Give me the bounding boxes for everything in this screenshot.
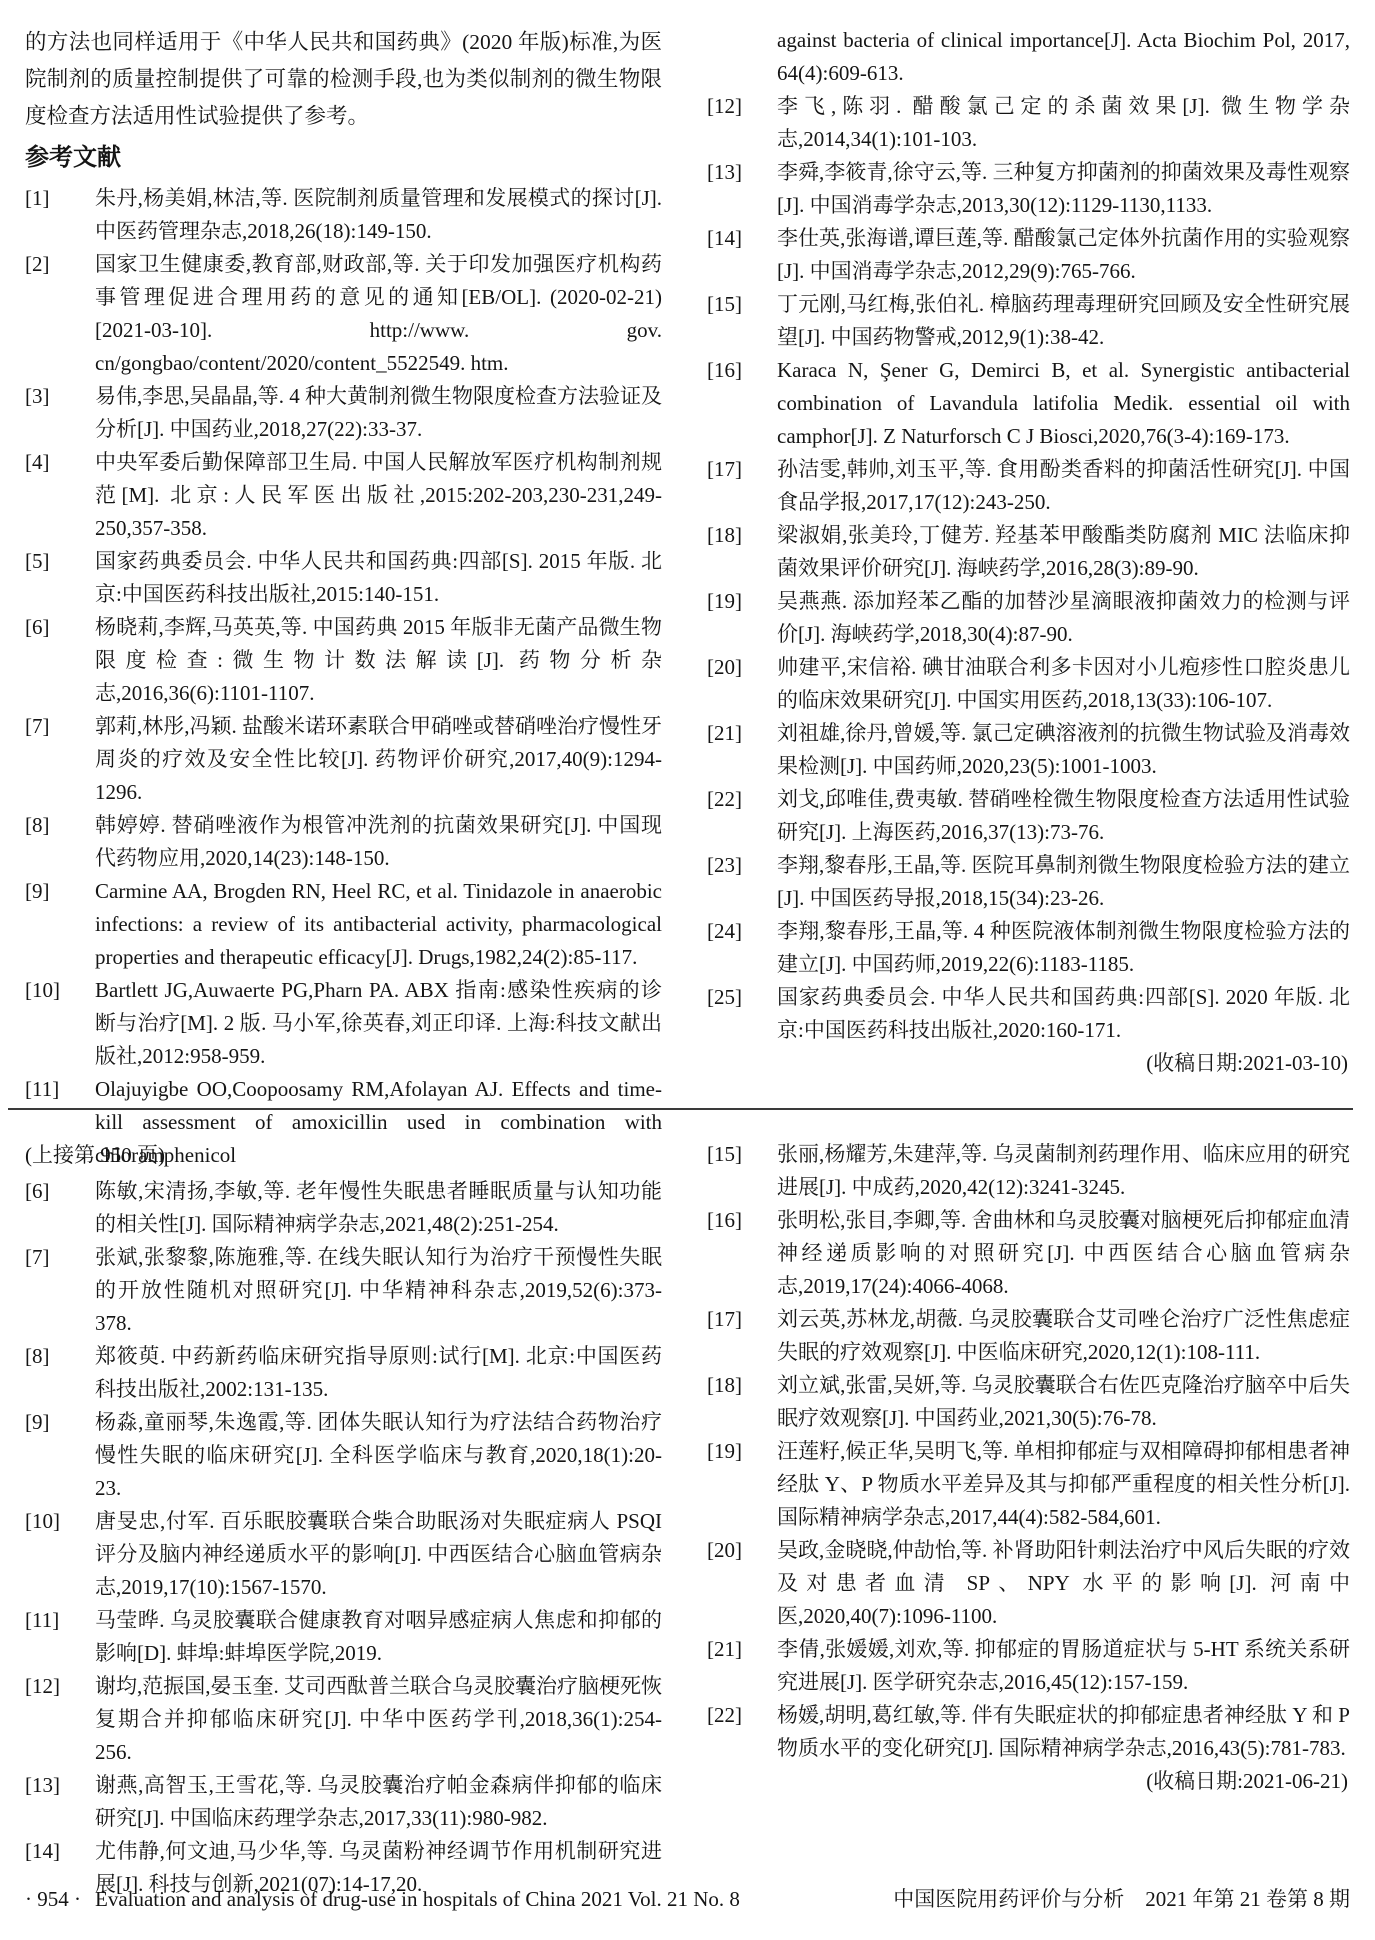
reference-item: [13]李舜,李筱青,徐守云,等. 三种复方抑菌剂的抑菌效果及毒性观察[J]. …	[707, 156, 1350, 222]
reference-text: 刘云英,苏林龙,胡薇. 乌灵胶囊联合艾司唑仑治疗广泛性焦虑症失眠的疗效观察[J]…	[777, 1303, 1350, 1369]
continued-left-column: (上接第 950 页) [6]陈敏,宋清扬,李敏,等. 老年慢性失眠患者睡眠质量…	[25, 1138, 662, 1901]
reference-item: [2]国家卫生健康委,教育部,财政部,等. 关于印发加强医疗机构药事管理促进合理…	[25, 248, 662, 380]
reference-number: [1]	[25, 182, 95, 248]
reference-text: 孙洁雯,韩帅,刘玉平,等. 食用酚类香料的抑菌活性研究[J]. 中国食品学报,2…	[777, 453, 1350, 519]
reference-text: Carmine AA, Brogden RN, Heel RC, et al. …	[95, 875, 662, 974]
footer-left-group: · 954 · Evaluation and analysis of drug-…	[25, 1886, 740, 1912]
reference-number: [16]	[707, 1204, 777, 1303]
reference-number: [17]	[707, 1303, 777, 1369]
reference-item: [9]Carmine AA, Brogden RN, Heel RC, et a…	[25, 875, 662, 974]
reference-item: [16]张明松,张目,李卿,等. 舍曲林和乌灵胶囊对脑梗死后抑郁症血清神经递质影…	[707, 1204, 1350, 1303]
reference-text: 朱丹,杨美娟,林洁,等. 医院制剂质量管理和发展模式的探讨[J]. 中医药管理杂…	[95, 182, 662, 248]
footer-journal-title-en: Evaluation and analysis of drug-use in h…	[95, 1886, 740, 1912]
reference-item: [14]李仕英,张海谱,谭巨莲,等. 醋酸氯己定体外抗菌作用的实验观察[J]. …	[707, 222, 1350, 288]
reference-item: [18]刘立斌,张雷,吴妍,等. 乌灵胶囊联合右佐匹克隆治疗脑卒中后失眠疗效观察…	[707, 1369, 1350, 1435]
reference-number: [10]	[25, 974, 95, 1073]
reference-item: [10]唐旻忠,付军. 百乐眠胶囊联合柴合助眠汤对失眠症病人 PSQI 评分及脑…	[25, 1505, 662, 1604]
reference-number: [6]	[25, 611, 95, 710]
reference-item: [8]郑筱萸. 中药新药临床研究指导原则:试行[M]. 北京:中国医药科技出版社…	[25, 1340, 662, 1406]
primary-right-column: against bacteria of clinical importance[…	[707, 24, 1350, 1172]
reference-number: [13]	[25, 1769, 95, 1835]
reference-number: [7]	[25, 1241, 95, 1340]
reference-text: 刘戈,邱唯佳,费夷敏. 替硝唑栓微生物限度检查方法适用性试验研究[J]. 上海医…	[777, 783, 1350, 849]
reference-item: [6]陈敏,宋清扬,李敏,等. 老年慢性失眠患者睡眠质量与认知功能的相关性[J]…	[25, 1175, 662, 1241]
reference-text: 中央军委后勤保障部卫生局. 中国人民解放军医疗机构制剂规范[M]. 北京:人民军…	[95, 446, 662, 545]
reference-item: [5]国家药典委员会. 中华人民共和国药典:四部[S]. 2015 年版. 北京…	[25, 545, 662, 611]
reference-number: [7]	[25, 710, 95, 809]
reference-item: [13]谢燕,高智玉,王雪花,等. 乌灵胶囊治疗帕金森病伴抑郁的临床研究[J].…	[25, 1769, 662, 1835]
reference-item: [21]李倩,张媛媛,刘欢,等. 抑郁症的胃肠道症状与 5-HT 系统关系研究进…	[707, 1633, 1350, 1699]
reference-text: 杨晓莉,李辉,马英英,等. 中国药典 2015 年版非无菌产品微生物限度检查:微…	[95, 611, 662, 710]
reference-text: 汪莲籽,候正华,吴明飞,等. 单相抑郁症与双相障碍抑郁相患者神经肽 Y、P 物质…	[777, 1435, 1350, 1534]
reference-text: 郑筱萸. 中药新药临床研究指导原则:试行[M]. 北京:中国医药科技出版社,20…	[95, 1340, 662, 1406]
reference-text: 帅建平,宋信裕. 碘甘油联合利多卡因对小儿疱疹性口腔炎患儿的临床效果研究[J].…	[777, 651, 1350, 717]
reference-item: [15]丁元刚,马红梅,张伯礼. 樟脑药理毒理研究回顾及安全性研究展望[J]. …	[707, 288, 1350, 354]
reference-item: [25]国家药典委员会. 中华人民共和国药典:四部[S]. 2020 年版. 北…	[707, 981, 1350, 1047]
reference-text: 韩婷婷. 替硝唑液作为根管冲洗剂的抗菌效果研究[J]. 中国现代药物应用,202…	[95, 809, 662, 875]
section-divider	[8, 1108, 1353, 1110]
reference-item: [12]李飞,陈羽. 醋酸氯己定的杀菌效果[J]. 微生物学杂志,2014,34…	[707, 90, 1350, 156]
reference-number: [25]	[707, 981, 777, 1047]
reference-item: [16]Karaca N, Şener G, Demirci B, et al.…	[707, 354, 1350, 453]
reference-text: 国家卫生健康委,教育部,财政部,等. 关于印发加强医疗机构药事管理促进合理用药的…	[95, 248, 662, 380]
reference-text: 谢燕,高智玉,王雪花,等. 乌灵胶囊治疗帕金森病伴抑郁的临床研究[J]. 中国临…	[95, 1769, 662, 1835]
intro-paragraph: 的方法也同样适用于《中华人民共和国药典》(2020 年版)标准,为医院制剂的质量…	[25, 24, 662, 135]
reference-item: [7]张斌,张黎黎,陈施雅,等. 在线失眠认知行为治疗干预慢性失眠的开放性随机对…	[25, 1241, 662, 1340]
reference-item: [9]杨淼,童丽琴,朱逸霞,等. 团体失眠认知行为疗法结合药物治疗慢性失眠的临床…	[25, 1406, 662, 1505]
reference-item: [19]吴燕燕. 添加羟苯乙酯的加替沙星滴眼液抑菌效力的检测与评价[J]. 海峡…	[707, 585, 1350, 651]
reference-text: 郭莉,林彤,冯颖. 盐酸米诺环素联合甲硝唑或替硝唑治疗慢性牙周炎的疗效及安全性比…	[95, 710, 662, 809]
reference-item: [24]李翔,黎春彤,王晶,等. 4 种医院液体制剂微生物限度检验方法的建立[J…	[707, 915, 1350, 981]
reference-number: [5]	[25, 545, 95, 611]
page-footer: · 954 · Evaluation and analysis of drug-…	[25, 1886, 1350, 1912]
reference-number: [6]	[25, 1175, 95, 1241]
reference-number: [12]	[25, 1670, 95, 1769]
reference-text: 杨淼,童丽琴,朱逸霞,等. 团体失眠认知行为疗法结合药物治疗慢性失眠的临床研究[…	[95, 1406, 662, 1505]
reference-number: [17]	[707, 453, 777, 519]
reference-list-primary-right: [12]李飞,陈羽. 醋酸氯己定的杀菌效果[J]. 微生物学杂志,2014,34…	[707, 90, 1350, 1047]
reference-item: [6]杨晓莉,李辉,马英英,等. 中国药典 2015 年版非无菌产品微生物限度检…	[25, 611, 662, 710]
reference-number: [18]	[707, 1369, 777, 1435]
reference-number: [24]	[707, 915, 777, 981]
reference-text: 张斌,张黎黎,陈施雅,等. 在线失眠认知行为治疗干预慢性失眠的开放性随机对照研究…	[95, 1241, 662, 1340]
reference-number: [22]	[707, 783, 777, 849]
reference-list-primary-left: [1]朱丹,杨美娟,林洁,等. 医院制剂质量管理和发展模式的探讨[J]. 中医药…	[25, 182, 662, 1172]
reference-text: 李翔,黎春彤,王晶,等. 医院耳鼻制剂微生物限度检验方法的建立[J]. 中国医药…	[777, 849, 1350, 915]
references-section-continued: (上接第 950 页) [6]陈敏,宋清扬,李敏,等. 老年慢性失眠患者睡眠质量…	[25, 1138, 1350, 1901]
journal-page: 的方法也同样适用于《中华人民共和国药典》(2020 年版)标准,为医院制剂的质量…	[0, 0, 1375, 1940]
reference-text: Bartlett JG,Auwaerte PG,Pharn PA. ABX 指南…	[95, 974, 662, 1073]
references-heading: 参考文献	[25, 143, 662, 173]
reference-text: 李飞,陈羽. 醋酸氯己定的杀菌效果[J]. 微生物学杂志,2014,34(1):…	[777, 90, 1350, 156]
reference-item: [7]郭莉,林彤,冯颖. 盐酸米诺环素联合甲硝唑或替硝唑治疗慢性牙周炎的疗效及安…	[25, 710, 662, 809]
references-section-primary: 的方法也同样适用于《中华人民共和国药典》(2020 年版)标准,为医院制剂的质量…	[25, 24, 1350, 1172]
reference-number: [21]	[707, 1633, 777, 1699]
reference-text: 吴政,金晓晓,仲劼怡,等. 补肾助阳针刺法治疗中风后失眠的疗效及对患者血清 SP…	[777, 1534, 1350, 1633]
reference-number: [2]	[25, 248, 95, 380]
reference-item: [22]刘戈,邱唯佳,费夷敏. 替硝唑栓微生物限度检查方法适用性试验研究[J].…	[707, 783, 1350, 849]
reference-number: [3]	[25, 380, 95, 446]
reference-number: [8]	[25, 809, 95, 875]
reference-item: [3]易伟,李思,吴晶晶,等. 4 种大黄制剂微生物限度检查方法验证及分析[J]…	[25, 380, 662, 446]
reference-number: [16]	[707, 354, 777, 453]
reference-number: [19]	[707, 585, 777, 651]
reference-list-continued-right: [15]张丽,杨耀芳,朱建萍,等. 乌灵菌制剂药理作用、临床应用的研究进展[J]…	[707, 1138, 1350, 1765]
primary-left-column: 的方法也同样适用于《中华人民共和国药典》(2020 年版)标准,为医院制剂的质量…	[25, 24, 662, 1172]
reference-number: [10]	[25, 1505, 95, 1604]
reference-text: 谢均,范振国,晏玉奎. 艾司西酞普兰联合乌灵胶囊治疗脑梗死恢复期合并抑郁临床研究…	[95, 1670, 662, 1769]
reference-item: [17]刘云英,苏林龙,胡薇. 乌灵胶囊联合艾司唑仑治疗广泛性焦虑症失眠的疗效观…	[707, 1303, 1350, 1369]
reference-text: 杨媛,胡明,葛红敏,等. 伴有失眠症状的抑郁症患者神经肽 Y 和 P 物质水平的…	[777, 1699, 1350, 1765]
reference-text: 梁淑娟,张美玲,丁健芳. 羟基苯甲酸酯类防腐剂 MIC 法临床抑菌效果评价研究[…	[777, 519, 1350, 585]
received-date-continued: (收稿日期:2021-06-21)	[707, 1765, 1350, 1798]
reference-item: [21]刘祖雄,徐丹,曾媛,等. 氯己定碘溶液剂的抗微生物试验及消毒效果检测[J…	[707, 717, 1350, 783]
reference-number: [15]	[707, 288, 777, 354]
reference-number: [19]	[707, 1435, 777, 1534]
reference-text: 唐旻忠,付军. 百乐眠胶囊联合柴合助眠汤对失眠症病人 PSQI 评分及脑内神经递…	[95, 1505, 662, 1604]
reference-number: [14]	[707, 222, 777, 288]
reference-item: [17]孙洁雯,韩帅,刘玉平,等. 食用酚类香料的抑菌活性研究[J]. 中国食品…	[707, 453, 1350, 519]
reference-number: [20]	[707, 651, 777, 717]
reference-text: 刘立斌,张雷,吴妍,等. 乌灵胶囊联合右佐匹克隆治疗脑卒中后失眠疗效观察[J].…	[777, 1369, 1350, 1435]
reference-number: [13]	[707, 156, 777, 222]
footer-journal-title-zh: 中国医院用药评价与分析 2021 年第 21 卷第 8 期	[893, 1886, 1350, 1912]
reference-text: 国家药典委员会. 中华人民共和国药典:四部[S]. 2020 年版. 北京:中国…	[777, 981, 1350, 1047]
reference-item: [8]韩婷婷. 替硝唑液作为根管冲洗剂的抗菌效果研究[J]. 中国现代药物应用,…	[25, 809, 662, 875]
reference-number: [23]	[707, 849, 777, 915]
reference-number: [11]	[25, 1604, 95, 1670]
reference-number: [9]	[25, 875, 95, 974]
reference-number: [22]	[707, 1699, 777, 1765]
reference-item: [1]朱丹,杨美娟,林洁,等. 医院制剂质量管理和发展模式的探讨[J]. 中医药…	[25, 182, 662, 248]
reference-text: 李倩,张媛媛,刘欢,等. 抑郁症的胃肠道症状与 5-HT 系统关系研究进展[J]…	[777, 1633, 1350, 1699]
reference-item: [12]谢均,范振国,晏玉奎. 艾司西酞普兰联合乌灵胶囊治疗脑梗死恢复期合并抑郁…	[25, 1670, 662, 1769]
reference-text: 张明松,张目,李卿,等. 舍曲林和乌灵胶囊对脑梗死后抑郁症血清神经递质影响的对照…	[777, 1204, 1350, 1303]
reference-item: [10]Bartlett JG,Auwaerte PG,Pharn PA. AB…	[25, 974, 662, 1073]
reference-text: 刘祖雄,徐丹,曾媛,等. 氯己定碘溶液剂的抗微生物试验及消毒效果检测[J]. 中…	[777, 717, 1350, 783]
reference-item: [4]中央军委后勤保障部卫生局. 中国人民解放军医疗机构制剂规范[M]. 北京:…	[25, 446, 662, 545]
reference-item: [20]帅建平,宋信裕. 碘甘油联合利多卡因对小儿疱疹性口腔炎患儿的临床效果研究…	[707, 651, 1350, 717]
reference-number: [4]	[25, 446, 95, 545]
reference-number: [20]	[707, 1534, 777, 1633]
reference-text: 丁元刚,马红梅,张伯礼. 樟脑药理毒理研究回顾及安全性研究展望[J]. 中国药物…	[777, 288, 1350, 354]
continued-from-note: (上接第 950 页)	[25, 1138, 662, 1173]
reference-text: 李仕英,张海谱,谭巨莲,等. 醋酸氯己定体外抗菌作用的实验观察[J]. 中国消毒…	[777, 222, 1350, 288]
reference-text: 马莹晔. 乌灵胶囊联合健康教育对咽异感症病人焦虑和抑郁的影响[D]. 蚌埠:蚌埠…	[95, 1604, 662, 1670]
reference-text: 易伟,李思,吴晶晶,等. 4 种大黄制剂微生物限度检查方法验证及分析[J]. 中…	[95, 380, 662, 446]
reference-item: [11]马莹晔. 乌灵胶囊联合健康教育对咽异感症病人焦虑和抑郁的影响[D]. 蚌…	[25, 1604, 662, 1670]
continued-right-column: [15]张丽,杨耀芳,朱建萍,等. 乌灵菌制剂药理作用、临床应用的研究进展[J]…	[707, 1138, 1350, 1901]
reference-item: [15]张丽,杨耀芳,朱建萍,等. 乌灵菌制剂药理作用、临床应用的研究进展[J]…	[707, 1138, 1350, 1204]
reference-continuation-paragraph: against bacteria of clinical importance[…	[777, 24, 1350, 90]
reference-text: Karaca N, Şener G, Demirci B, et al. Syn…	[777, 354, 1350, 453]
reference-number: [15]	[707, 1138, 777, 1204]
reference-text: 李翔,黎春彤,王晶,等. 4 种医院液体制剂微生物限度检验方法的建立[J]. 中…	[777, 915, 1350, 981]
reference-item: [18]梁淑娟,张美玲,丁健芳. 羟基苯甲酸酯类防腐剂 MIC 法临床抑菌效果评…	[707, 519, 1350, 585]
reference-text: 陈敏,宋清扬,李敏,等. 老年慢性失眠患者睡眠质量与认知功能的相关性[J]. 国…	[95, 1175, 662, 1241]
reference-item: [22]杨媛,胡明,葛红敏,等. 伴有失眠症状的抑郁症患者神经肽 Y 和 P 物…	[707, 1699, 1350, 1765]
reference-number: [9]	[25, 1406, 95, 1505]
reference-item: [23]李翔,黎春彤,王晶,等. 医院耳鼻制剂微生物限度检验方法的建立[J]. …	[707, 849, 1350, 915]
reference-number: [18]	[707, 519, 777, 585]
reference-text: 李舜,李筱青,徐守云,等. 三种复方抑菌剂的抑菌效果及毒性观察[J]. 中国消毒…	[777, 156, 1350, 222]
received-date-primary: (收稿日期:2021-03-10)	[707, 1047, 1350, 1080]
reference-text: 吴燕燕. 添加羟苯乙酯的加替沙星滴眼液抑菌效力的检测与评价[J]. 海峡药学,2…	[777, 585, 1350, 651]
reference-number: [12]	[707, 90, 777, 156]
reference-item: [20]吴政,金晓晓,仲劼怡,等. 补肾助阳针刺法治疗中风后失眠的疗效及对患者血…	[707, 1534, 1350, 1633]
reference-item: [19]汪莲籽,候正华,吴明飞,等. 单相抑郁症与双相障碍抑郁相患者神经肽 Y、…	[707, 1435, 1350, 1534]
reference-text: 张丽,杨耀芳,朱建萍,等. 乌灵菌制剂药理作用、临床应用的研究进展[J]. 中成…	[777, 1138, 1350, 1204]
footer-page-number: · 954 ·	[25, 1886, 81, 1912]
reference-number: [21]	[707, 717, 777, 783]
reference-list-continued-left: [6]陈敏,宋清扬,李敏,等. 老年慢性失眠患者睡眠质量与认知功能的相关性[J]…	[25, 1175, 662, 1901]
reference-number: [8]	[25, 1340, 95, 1406]
reference-text: 国家药典委员会. 中华人民共和国药典:四部[S]. 2015 年版. 北京:中国…	[95, 545, 662, 611]
